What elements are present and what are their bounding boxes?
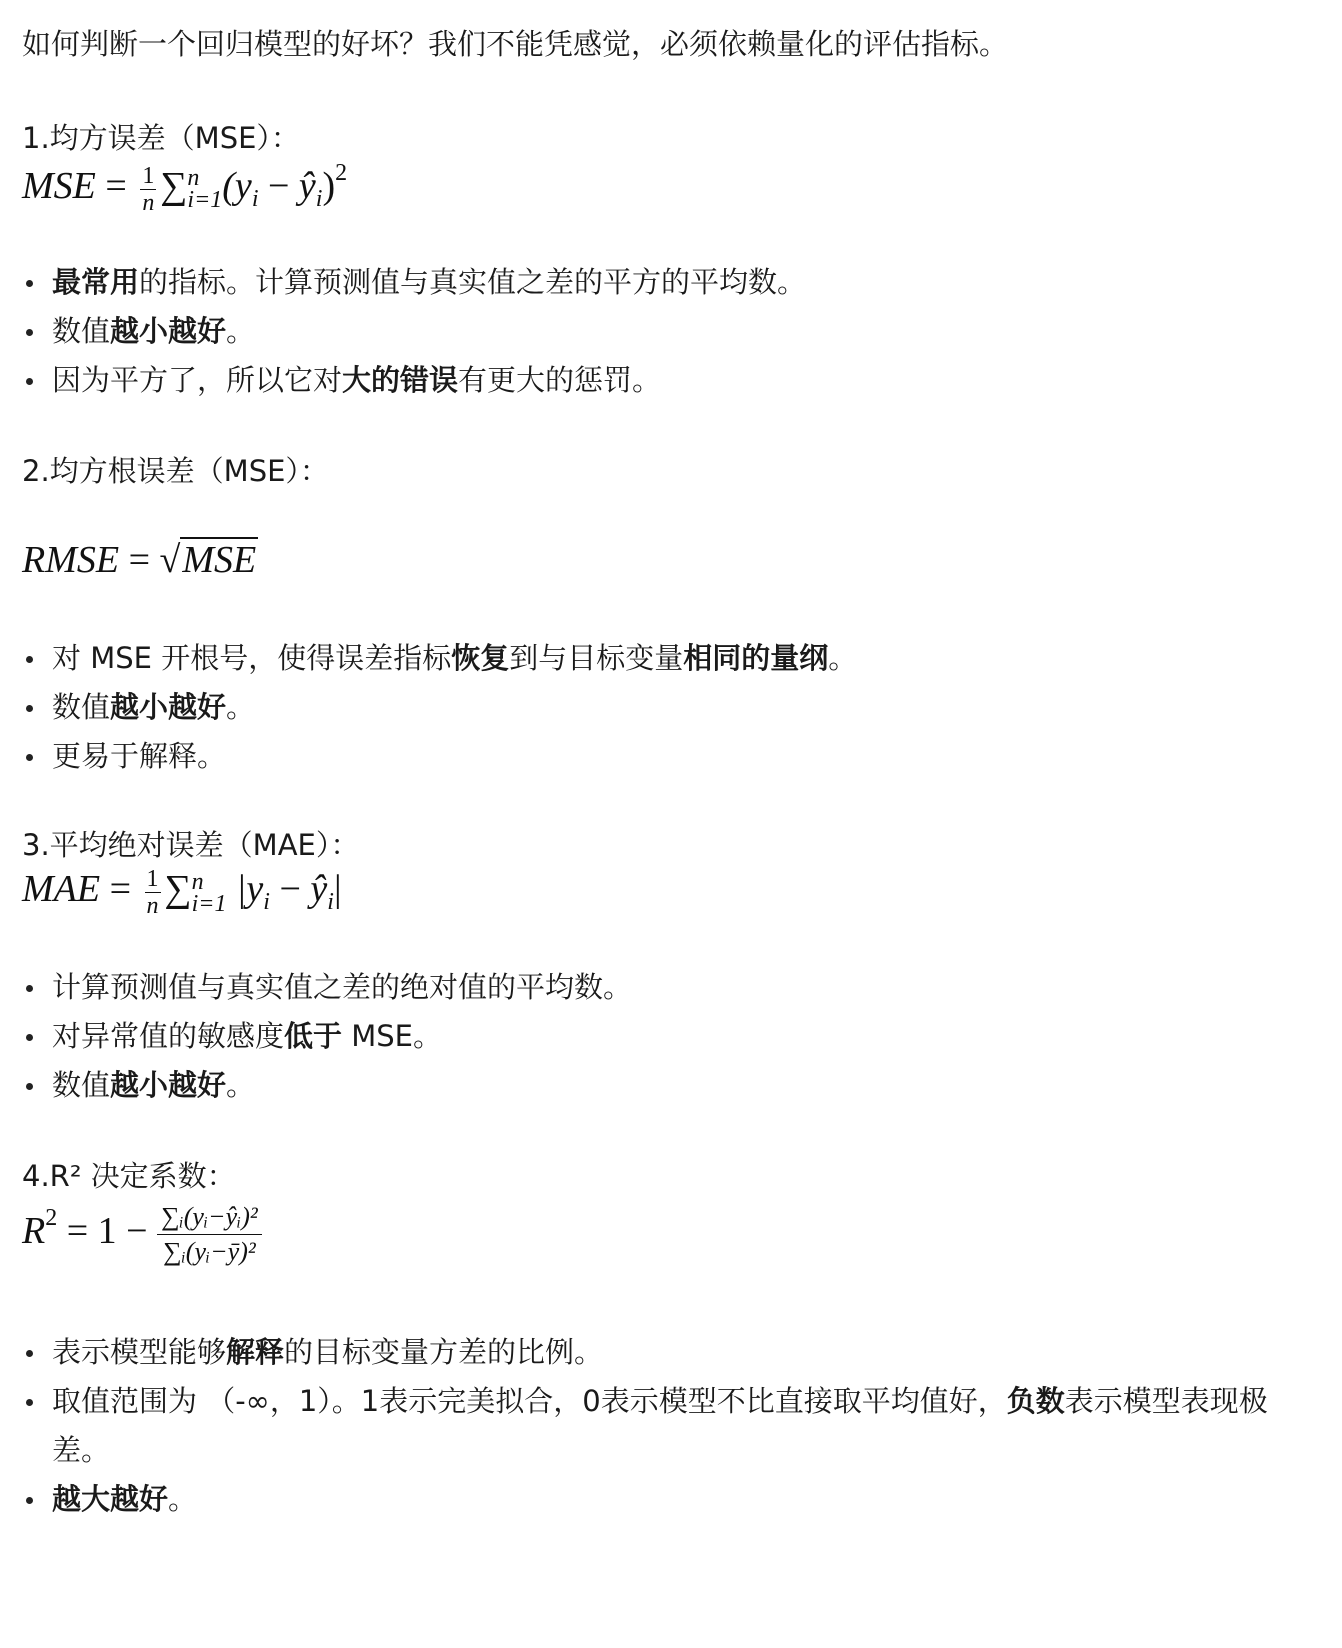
formula-mse: MSE = 1 n ∑ni=1(yi − ŷi)2 (22, 160, 347, 216)
sqrt: √MSE (160, 538, 259, 582)
list-item: 对 MSE 开根号，使得误差指标恢复到与目标变量相同的量纲。 (22, 634, 857, 683)
fraction-numerator: 1 (140, 163, 156, 190)
list-item: 计算预测值与真实值之差的绝对值的平均数。 (22, 963, 632, 1012)
r2-bullets: 表示模型能够解释的目标变量方差的比例。 取值范围为 （-∞，1）。1表示完美拟合… (22, 1328, 1292, 1524)
section-heading-r2: 4.R² 决定系数： (22, 1156, 236, 1196)
fraction: 1 n (145, 866, 161, 919)
mae-bullets: 计算预测值与真实值之差的绝对值的平均数。 对异常值的敏感度低于 MSE。 数值越… (22, 963, 632, 1110)
section-heading-rmse: 2.均方根误差（MSE）： (22, 451, 329, 491)
formula-term: |y (236, 868, 263, 910)
formula-mae: MAE = 1 n ∑ni=1 |yi − ŷi| (22, 866, 342, 919)
y-hat-sub: i (327, 889, 334, 915)
sum-upper: n (192, 871, 227, 893)
formula-sub: i (263, 889, 270, 915)
fraction-denominator: ∑ᵢ(yᵢ−ȳ)² (157, 1235, 262, 1269)
formula-term: (y (222, 165, 252, 207)
document: 如何判断一个回归模型的好坏？我们不能凭感觉，必须依赖量化的评估指标。 1.均方误… (0, 0, 1342, 22)
fraction: 1 n (140, 163, 156, 216)
list-item: 数值越小越好。 (22, 683, 857, 732)
fraction: ∑ᵢ(yᵢ−ŷᵢ)² ∑ᵢ(yᵢ−ȳ)² (157, 1200, 262, 1269)
fraction-denominator: n (140, 190, 156, 216)
list-item: 数值越小越好。 (22, 307, 806, 356)
formula-eq: = 1 − (67, 1210, 148, 1252)
section-heading-mse: 1.均方误差（MSE）： (22, 118, 300, 158)
exponent: 2 (45, 1205, 57, 1231)
intro-paragraph: 如何判断一个回归模型的好坏？我们不能凭感觉，必须依赖量化的评估指标。 (22, 24, 1008, 64)
list-item: 取值范围为 （-∞，1）。1表示完美拟合，0表示模型不比直接取平均值好，负数表示… (22, 1377, 1292, 1475)
list-item: 更易于解释。 (22, 732, 857, 781)
formula-r2: R2 = 1 − ∑ᵢ(yᵢ−ŷᵢ)² ∑ᵢ(yᵢ−ȳ)² (22, 1200, 262, 1269)
mse-bullets: 最常用的指标。计算预测值与真实值之差的平方的平均数。 数值越小越好。 因为平方了… (22, 258, 806, 405)
sum-lower: i=1 (187, 189, 222, 211)
sqrt-icon: √ (160, 539, 181, 581)
list-item: 因为平方了，所以它对大的错误有更大的惩罚。 (22, 356, 806, 405)
formula-rmse: RMSE = √MSE (22, 538, 258, 582)
sum-symbol: ∑ (165, 868, 192, 910)
fraction-numerator: 1 (145, 866, 161, 893)
formula-lhs: RMSE (22, 539, 119, 581)
formula-lhs: MSE (22, 165, 96, 207)
list-item: 越大越好。 (22, 1475, 1292, 1524)
sum-lower: i=1 (192, 893, 227, 915)
rmse-bullets: 对 MSE 开根号，使得误差指标恢复到与目标变量相同的量纲。 数值越小越好。 更… (22, 634, 857, 781)
formula-lhs: MAE (22, 868, 100, 910)
list-item: 最常用的指标。计算预测值与真实值之差的平方的平均数。 (22, 258, 806, 307)
minus: − (270, 868, 310, 910)
abs-bar: | (334, 868, 342, 910)
formula-lhs: R (22, 1210, 45, 1252)
y-hat: ŷ (310, 868, 327, 910)
list-item: 表示模型能够解释的目标变量方差的比例。 (22, 1328, 1292, 1377)
list-item: 数值越小越好。 (22, 1061, 632, 1110)
sum-symbol: ∑ (160, 165, 187, 207)
section-heading-mae: 3.平均绝对误差（MAE）： (22, 825, 359, 865)
close-paren: ) (322, 165, 335, 207)
minus: − (258, 165, 298, 207)
radicand: MSE (180, 537, 258, 581)
fraction-numerator: ∑ᵢ(yᵢ−ŷᵢ)² (157, 1200, 262, 1235)
y-hat: ŷ (299, 165, 316, 207)
formula-eq: = (129, 539, 150, 581)
sum-upper: n (187, 167, 222, 189)
fraction-denominator: n (145, 893, 161, 919)
formula-eq: = (105, 165, 126, 207)
exponent: 2 (335, 160, 347, 186)
list-item: 对异常值的敏感度低于 MSE。 (22, 1012, 632, 1061)
formula-eq: = (110, 868, 131, 910)
